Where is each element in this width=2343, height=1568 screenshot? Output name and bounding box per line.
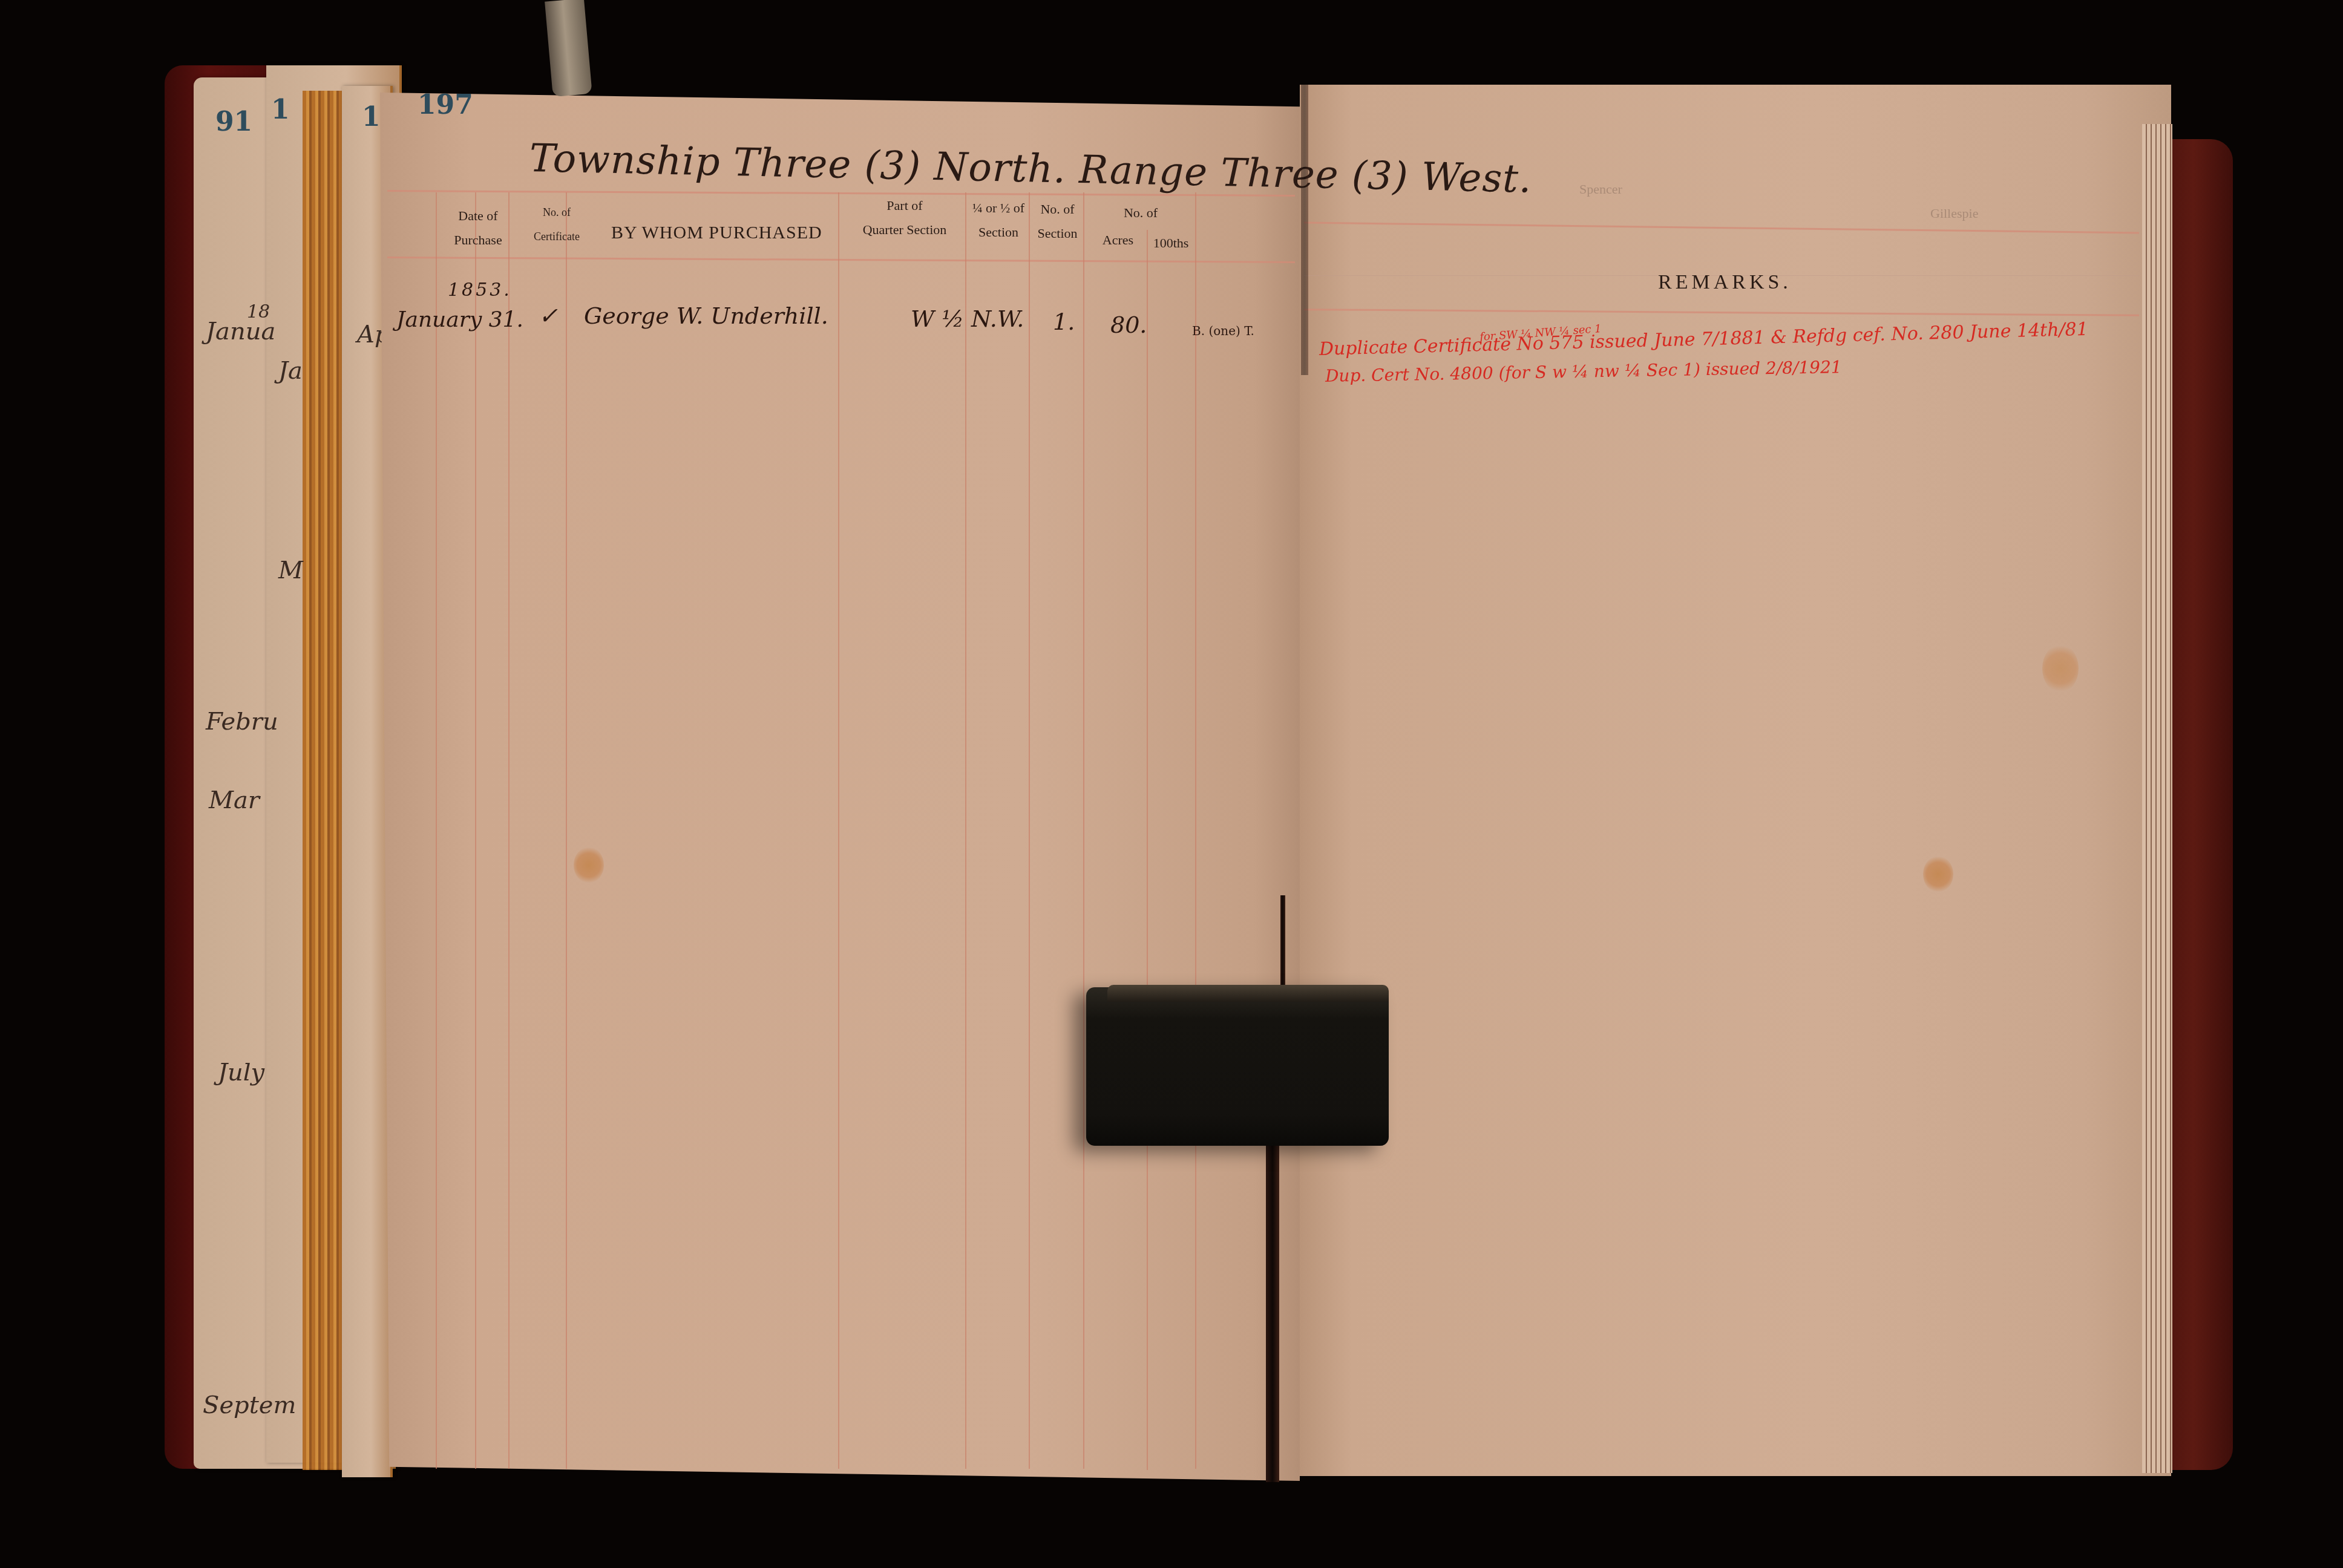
col-header-certificate: No. of Certificate <box>520 207 593 243</box>
column-rule <box>1195 192 1196 1469</box>
tab-number-91[interactable]: 91 <box>215 106 252 137</box>
margin-month-september: Septem <box>203 1391 296 1419</box>
gutter-tear <box>1280 895 1285 986</box>
entry-date: January 31. <box>396 307 523 332</box>
bleedthrough-text: Gillespie <box>1930 206 1978 221</box>
column-rule <box>1029 192 1030 1469</box>
gutter-tear <box>1266 1143 1279 1482</box>
book-weight[interactable] <box>1086 987 1389 1146</box>
col-header-part-of-quarter: Part of Quarter Section <box>847 198 962 237</box>
col-header-date: Date of Purchase <box>442 209 514 247</box>
entry-section: 1. <box>1053 309 1075 335</box>
column-rule <box>508 192 510 1469</box>
margin-month-m: M <box>278 557 303 584</box>
column-rule <box>566 192 567 1469</box>
entry-certificate-check: ✓ <box>539 302 558 329</box>
bleedthrough-text: Spencer <box>1579 181 1622 197</box>
margin-month-january: Janua <box>206 318 275 345</box>
column-rule <box>1147 230 1148 1470</box>
margin-month-march: Mar <box>209 786 260 814</box>
column-rule <box>1083 192 1084 1469</box>
ink-stain <box>2042 644 2079 693</box>
entry-note: B. (one) T. <box>1192 324 1254 338</box>
ink-stain <box>1923 856 1953 892</box>
entry-acres: 80. <box>1110 312 1147 338</box>
margin-month-ja: Ja <box>278 357 303 385</box>
margin-month-july: July <box>218 1059 264 1086</box>
col-header-acres: No. of <box>1089 206 1192 220</box>
gutter-tear <box>1301 85 1308 375</box>
page-clip[interactable] <box>545 0 592 97</box>
column-rule <box>838 192 839 1469</box>
tab-number-1[interactable]: 1 <box>271 94 290 125</box>
col-header-acres-sub: Acres <box>1089 233 1147 247</box>
col-header-hundredths: 100ths <box>1147 236 1195 250</box>
col-header-purchaser: BY WHOM PURCHASED <box>611 223 822 243</box>
column-rule <box>475 192 476 1469</box>
remarks-header: REMARKS. <box>1658 271 1792 294</box>
col-header-quarter-or-half: ¼ or ½ of Section <box>968 201 1029 240</box>
book-weight-top <box>1107 985 1389 1002</box>
column-rule <box>965 192 966 1469</box>
column-rule <box>436 192 437 1469</box>
left-page <box>380 71 1300 1481</box>
ink-stain <box>574 847 604 883</box>
right-page-stack-edge <box>2142 124 2172 1473</box>
margin-month-february: Febru <box>206 708 278 736</box>
entry-purchaser: George W. Underhill. <box>584 302 828 329</box>
page-number: 197 <box>418 90 473 120</box>
entry-year: 1853. <box>448 279 512 301</box>
entry-part-of-quarter: W ½ N.W. <box>911 305 1024 332</box>
col-header-section: No. of Section <box>1029 202 1086 241</box>
